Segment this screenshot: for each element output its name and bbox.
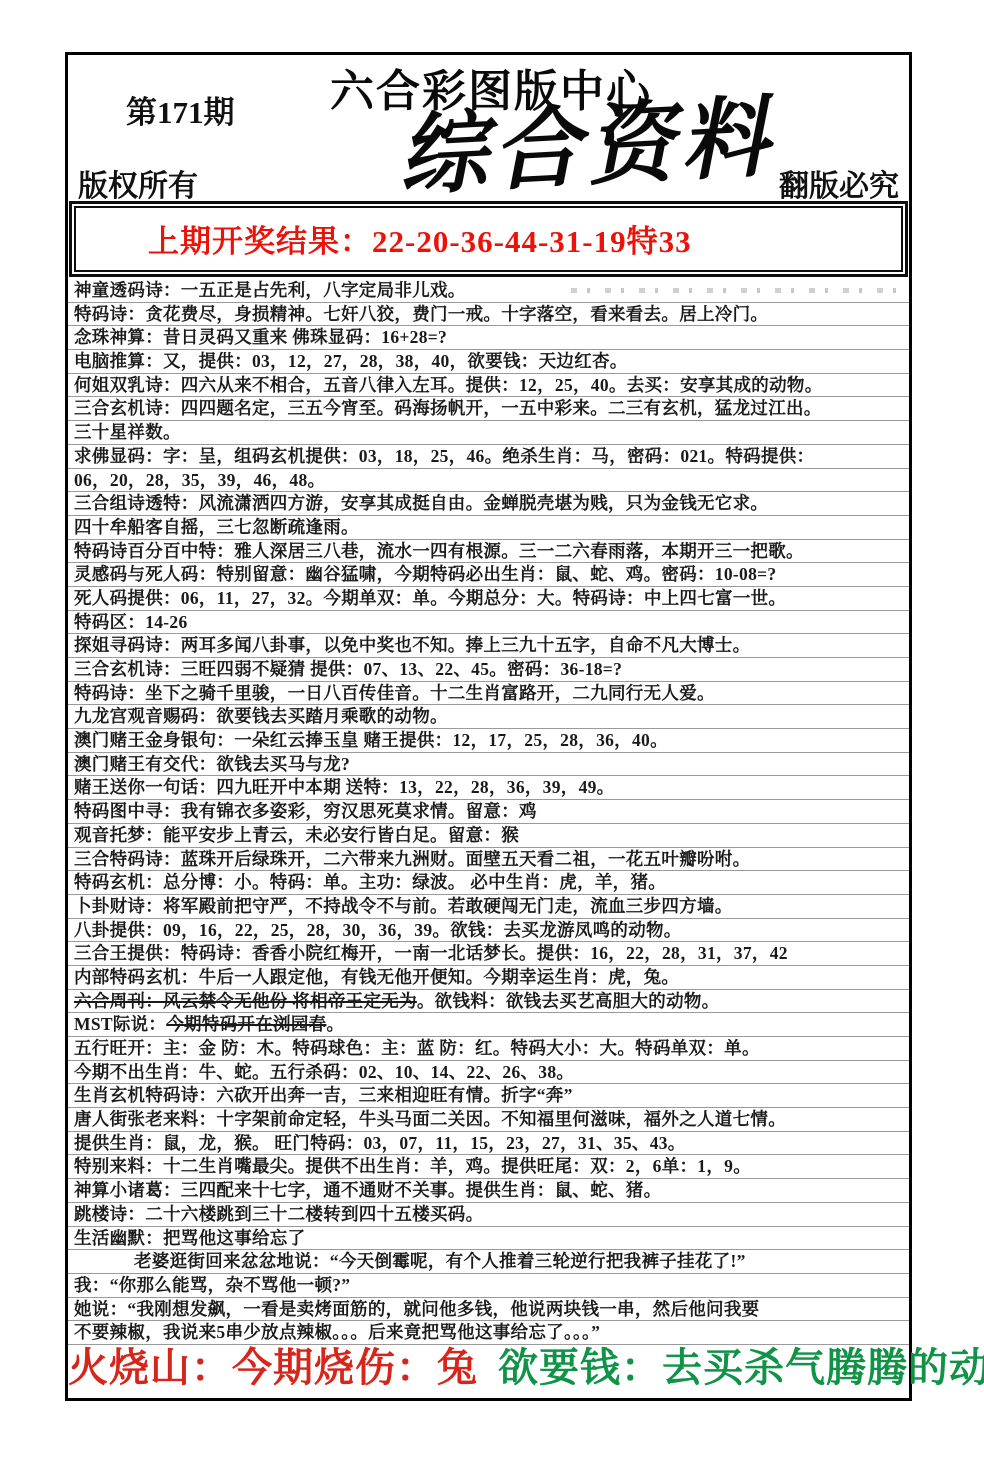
header: 第171期 六合彩图版中心 综合资料 版权所有 翻版必究 [68,55,909,201]
text-row: 赌王送你一句话：四九旺开中本期 送特：13，22，28，36，39，49。 [68,776,909,800]
text-row: 特码诗：坐下之骑千里骏，一日八百传佳音。十二生肖富路开，二九同行无人爱。 [68,682,909,706]
last-draw-result-text: 上期开奖结果：22-20-36-44-31-19特33 [74,206,903,272]
text-row: 老婆逛街回来忿忿地说：“今天倒霉呢，有个人推着三轮逆行把我裤子挂花了!” [68,1250,909,1274]
text-row: 卜卦财诗：将军殿前把守严，不持战令不与前。若敢硬闯无门走，流血三步四方墙。 [68,895,909,919]
page-subtitle: 综合资料 [395,67,777,213]
text-row: 三合组诗透特：风流潇洒四方游，安享其成挺自由。金蝉脱壳堪为贱，只为金钱无它求。 [68,492,909,516]
last-draw-result-box: 上期开奖结果：22-20-36-44-31-19特33 [69,201,908,277]
text-row: 四十牟船客自摇，三七忽断疏逢雨。 [68,516,909,540]
text-row: 提供生肖：鼠，龙，猴。 旺门特码：03，07，11，15，23，27，31、35… [68,1132,909,1156]
text-row: 三合玄机诗：三旺四弱不疑猜 提供：07、13、22、45。密码：36-18=? [68,658,909,682]
text-row: 澳门赌王有交代：欲钱去买马与龙? [68,753,909,777]
text-row: 神童透码诗：一五正是占先利，八字定局非儿戏。 [68,279,909,303]
text-row: 澳门赌王金身银句：一朵红云捧玉皇 赌王提供：12，17，25，28，36，40。 [68,729,909,753]
issue-number: 第171期 [126,87,235,132]
text-row: 探姐寻码诗：两耳多闻八卦事，以免中奖也不知。捧上三九十五字，自命不凡大博士。 [68,634,909,658]
text-row-struck: MST际说：今期特码开在浏园春。 [68,1013,909,1037]
tips-list: 神童透码诗：一五正是占先利，八字定局非儿戏。 特码诗：贪花费尽，身损精神。七奸八… [68,279,909,1345]
text-row: 今期不出生肖：牛、蛇。五行杀码：02、10、14、22、26、38。 [68,1061,909,1085]
banner-green-text: 欲要钱：去买杀气腾腾的动物 [498,1345,984,1390]
text-row: 特码图中寻：我有锦衣多姿彩，穷汉思死莫求情。留意：鸡 [68,800,909,824]
text-row: 三合特码诗：蓝珠开后绿珠开，二六带来九洲财。面壁五天看二祖，一花五叶瓣吩咐。 [68,848,909,872]
text-row: 求佛显码：字：呈，组码玄机提供：03，18，25，46。绝杀生肖：马，密码：02… [68,445,909,469]
text-row: 三合王提供：特码诗：香香小院红梅开，一南一北话梦长。提供：16，22，28，31… [68,942,909,966]
text-row: 神算小诸葛：三四配来十七字，通不通财不关事。提供生肖：鼠、蛇、猪。 [68,1179,909,1203]
text-row: 五行旺开：主：金 防：木。特码球色：主：蓝 防：红。特码大小：大。特码单双：单。 [68,1037,909,1061]
text-row: 内部特码玄机：牛后一人跟定他，有钱无他开便知。今期幸运生肖：虎，兔。 [68,966,909,990]
text-row: 念珠神算：昔日灵码又重来 佛珠显码：16+28=? [68,326,909,350]
text-row: 唐人街张老来料：十字架前命定轻，牛头马面二关因。不知福里何滋味，福外之人道七情。 [68,1108,909,1132]
row-text: MST际说： [74,1014,166,1034]
text-row: 灵感码与死人码：特别留意：幽谷猛啸，今期特码必出生肖：鼠、蛇、鸡。密码：10-0… [68,563,909,587]
text-row: 生肖玄机特码诗：六砍开出奔一吉，三来相迎旺有情。折字“奔” [68,1084,909,1108]
text-row: 06，20，28，35，39，46，48。 [68,469,909,493]
text-row: 何姐双乳诗：四六从来不相合，五音八律入左耳。提供：12，25，40。去买：安享其… [68,374,909,398]
copyright-left: 版权所有 [78,161,198,205]
struck-text: 六合周刊：风云禁令无他份 将相帝王定无为 [74,991,417,1011]
text-row-struck: 六合周刊：风云禁令无他份 将相帝王定无为。欲钱料：欲钱去买艺高胆大的动物。 [68,990,909,1014]
scan-noise [571,288,901,293]
text-row: 九龙宫观音赐码：欲要钱去买踏月乘歌的动物。 [68,705,909,729]
text-row: 观音托梦：能平安步上青云，未必安行皆白足。留意：猴 [68,824,909,848]
text-row: 电脑推算：又，提供：03，12，27，28，38，40，欲要钱：天边红杏。 [68,350,909,374]
text-row: 特码诗：贪花费尽，身损精神。七奸八狡，费门一戒。十字落空，看来看去。居上冷门。 [68,303,909,327]
text-row: 特别来料：十二生肖嘴最尖。提供不出生肖：羊，鸡。提供旺尾：双：2，6单：1，9。 [68,1155,909,1179]
text-row: 特码区：14-26 [68,611,909,635]
text-row: 她说：“我刚想发飙，一看是卖烤面筋的，就问他多钱，他说两块钱一串，然后他问我要 [68,1298,909,1322]
copyright-right: 翻版必究 [779,161,899,205]
text-row: 特码玄机：总分博：小。特码：单。主功：绿波。 必中生肖：虎，羊，猪。 [68,871,909,895]
text-row: 生活幽默：把骂他这事给忘了 [68,1227,909,1251]
text-row: 我：“你那么能骂，杂不骂他一顿?” [68,1274,909,1298]
text-row: 死人码提供：06，11，27，32。今期单双：单。今期总分：大。特码诗：中上四七… [68,587,909,611]
text-row: 三合玄机诗：四四题名定，三五今宵至。码海扬帆开，一五中彩来。二三有玄机，猛龙过江… [68,397,909,421]
banner-red-text: 火烧山：今期烧伤：兔 [68,1345,478,1390]
struck-text: 今期特码开在浏园春 [166,1014,326,1034]
row-text: 。欲钱料：欲钱去买艺高胆大的动物。 [417,991,720,1011]
page-frame: 第171期 六合彩图版中心 综合资料 版权所有 翻版必究 上期开奖结果：22-2… [65,52,912,1401]
bottom-banner: 火烧山：今期烧伤：兔欲要钱：去买杀气腾腾的动物 [68,1336,909,1393]
text-row: 特码诗百分百中特：雅人深居三八巷，流水一四有根源。三一二六春雨落，本期开三一把歌… [68,540,909,564]
text-row: 三十星祥数。 [68,421,909,445]
text-row: 八卦提供：09，16，22，25，28，30，36，39。欲钱：去买龙游凤鸣的动… [68,919,909,943]
row-text: 。 [326,1014,344,1034]
text-row: 跳楼诗：二十六楼跳到三十二楼转到四十五楼买码。 [68,1203,909,1227]
row-text: 神童透码诗：一五正是占先利，八字定局非儿戏。 [74,280,466,300]
